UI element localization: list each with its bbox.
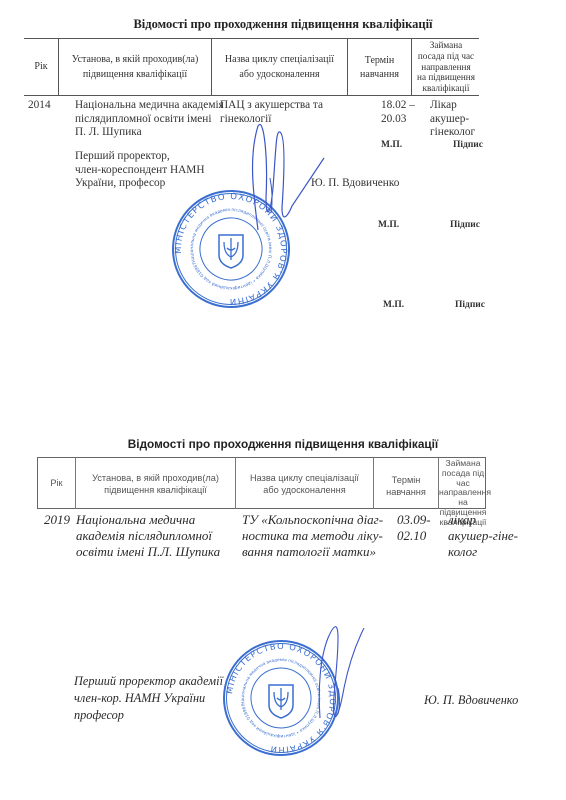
row2-term: 03.09- 02.10	[397, 512, 431, 544]
row1-year: 2014	[28, 99, 51, 113]
signatory1-name: Ю. П. Вдовиченко	[311, 177, 399, 189]
header-year: Рік	[24, 61, 58, 73]
row2-institution: Національна медична академія післядиплом…	[76, 512, 220, 560]
signatory1-title: Перший проректор, член-кореспондент НАМН…	[75, 150, 205, 191]
seal-label: М.П.	[378, 220, 399, 230]
header-position: Займана посада під час направлення на пі…	[412, 40, 480, 94]
signature-icon	[240, 118, 330, 233]
section1-title: Відомості про проходження підвищення ква…	[0, 17, 566, 32]
svg-text:Національна медична академія п: Національна медична академія післядиплом…	[170, 188, 285, 309]
signatory2-name: Ю. П. Вдовиченко	[424, 692, 518, 708]
seal-label: М.П.	[383, 300, 404, 310]
header-cycle: Назва циклу спеціалізації або удосконале…	[236, 473, 373, 496]
header-institution: Установа, в якій проходив(ла) підвищення…	[59, 54, 211, 81]
row2-position: лікар акушер-гіне- колог	[448, 512, 518, 560]
signature-label: Підпис	[450, 220, 480, 230]
row1-position: Лікар акушер- гінеколог	[430, 99, 475, 140]
official-stamp-icon: МІНІСТЕРСТВО ОХОРОНИ ЗДОРОВ'Я УКРАЇНИ На…	[221, 638, 341, 758]
row1-cycle: ПАЦ з акушерства та гінекології	[220, 99, 323, 126]
svg-text:МІНІСТЕРСТВО ОХОРОНИ ЗДОРОВ'Я: МІНІСТЕРСТВО ОХОРОНИ ЗДОРОВ'Я УКРАЇНИ	[221, 638, 341, 758]
header-term: Термін навчання	[348, 55, 411, 81]
official-stamp-icon: МІНІСТЕРСТВО ОХОРОНИ ЗДОРОВ'Я УКРАЇНИ На…	[170, 188, 292, 310]
header-year: Рік	[38, 478, 75, 490]
row1-institution: Національна медична академія післядиплом…	[75, 99, 224, 140]
row2-year: 2019	[44, 512, 70, 528]
signature-icon	[318, 618, 398, 728]
header-cycle: Назва циклу спеціалізації або удосконале…	[212, 54, 347, 81]
row1-term: 18.02 – 20.03	[381, 99, 415, 126]
row2-cycle: ТУ «Кольпоскопічна діаг- ностика та мето…	[242, 512, 383, 560]
seal-label: М.П.	[381, 140, 402, 150]
header-institution: Установа, в якій проходив(ла) підвищення…	[76, 473, 235, 496]
signature-label: Підпис	[453, 140, 483, 150]
section2-title: Відомості про проходження підвищення ква…	[0, 437, 566, 451]
signatory2-title: Перший проректор академії член-кор. НАМН…	[74, 673, 223, 724]
svg-text:Національна медична академія п: Національна медична академія післядиплом…	[221, 638, 329, 749]
svg-text:МІНІСТЕРСТВО ОХОРОНИ ЗДОРОВ'Я: МІНІСТЕРСТВО ОХОРОНИ ЗДОРОВ'Я УКРАЇНИ	[170, 188, 292, 310]
signature-label: Підпис	[455, 300, 485, 310]
header-term: Термін навчання	[374, 475, 438, 498]
